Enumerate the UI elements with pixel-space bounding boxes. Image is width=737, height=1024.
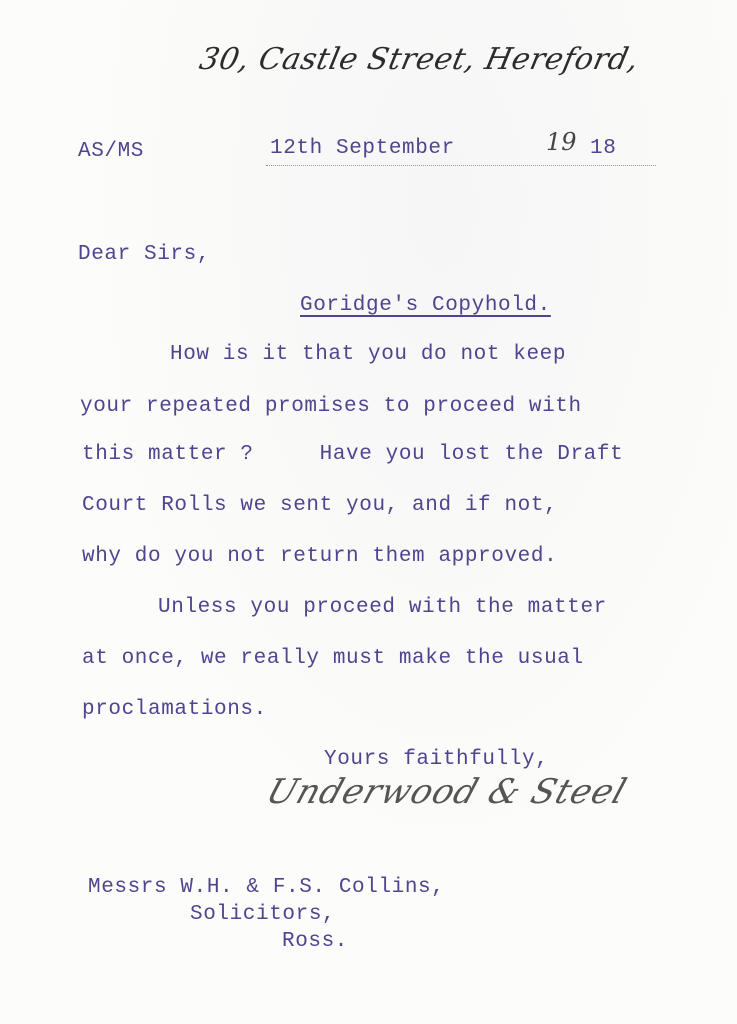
salutation: Dear Sirs, — [78, 243, 210, 266]
body-line: How is it that you do not keep — [170, 343, 566, 366]
letter-page: 30, Castle Street, Hereford, AS/MS 12th … — [0, 0, 737, 1024]
recipient-line-2: Solicitors, — [190, 903, 335, 926]
date-year-printed: 19 — [546, 128, 577, 156]
date-day-month: 12th September — [270, 137, 455, 160]
body-line: Unless you proceed with the matter — [158, 596, 607, 619]
body-line: this matter ? Have you lost the Draft — [82, 443, 623, 466]
closing: Yours faithfully, — [324, 748, 548, 771]
recipient-line-1: Messrs W.H. & F.S. Collins, — [88, 876, 444, 899]
signature: Underwood & Steel — [262, 772, 632, 812]
body-line: your repeated promises to proceed with — [80, 395, 582, 418]
date-dotted-line — [266, 165, 656, 166]
subject-heading: Goridge's Copyhold. — [300, 294, 551, 317]
reference-code: AS/MS — [78, 140, 144, 163]
body-line: why do you not return them approved. — [82, 545, 557, 568]
body-line: proclamations. — [82, 698, 267, 721]
recipient-line-3: Ross. — [282, 930, 348, 953]
body-line: Court Rolls we sent you, and if not, — [82, 494, 557, 517]
letterhead-address: 30, Castle Street, Hereford, — [196, 42, 642, 77]
body-line: at once, we really must make the usual — [82, 647, 584, 670]
date-year-typed: 18 — [590, 137, 616, 160]
